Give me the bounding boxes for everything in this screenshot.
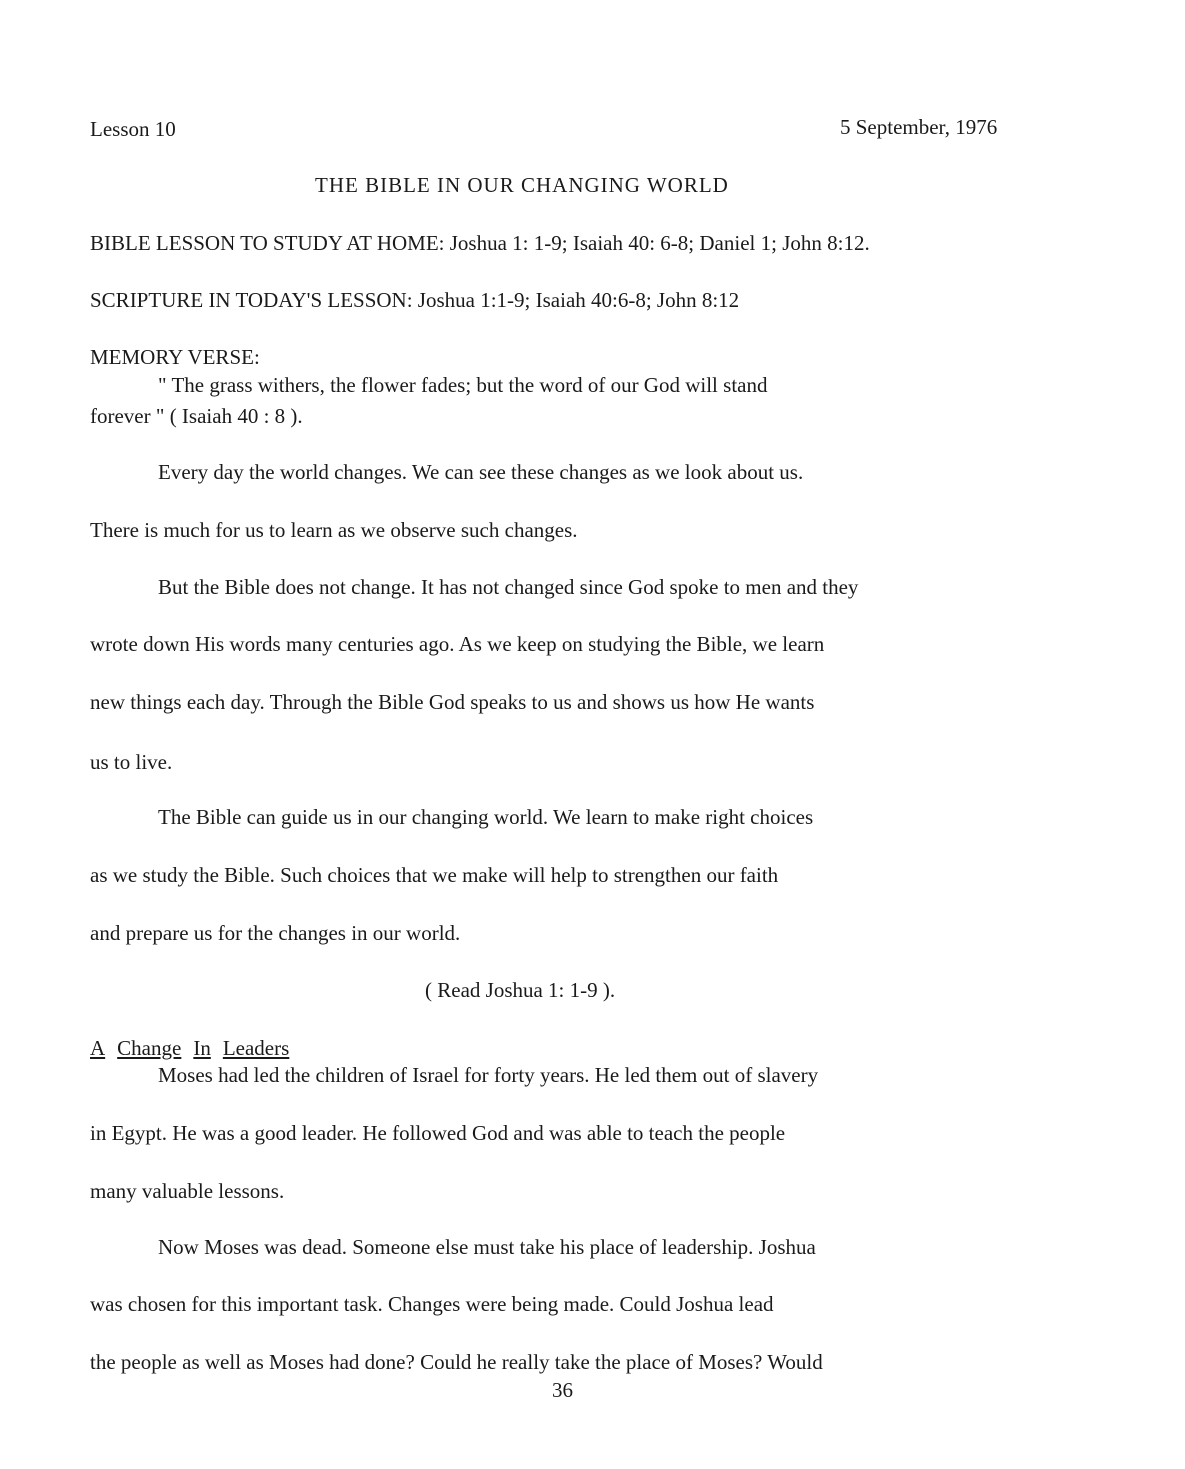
- read-reference: ( Read Joshua 1: 1-9 ).: [425, 978, 615, 1003]
- page-number: 36: [552, 1378, 573, 1403]
- section-heading: AChangeInLeaders: [90, 1036, 301, 1061]
- memory-verse-label: MEMORY VERSE:: [90, 345, 260, 370]
- paragraph-line: us to live.: [90, 750, 172, 775]
- paragraph-line: new things each day. Through the Bible G…: [90, 690, 814, 715]
- study-at-home: BIBLE LESSON TO STUDY AT HOME: Joshua 1:…: [90, 231, 870, 256]
- lesson-title: THE BIBLE IN OUR CHANGING WORLD: [315, 173, 729, 198]
- memory-verse-line: " The grass withers, the flower fades; b…: [158, 373, 767, 398]
- heading-word: A: [90, 1036, 105, 1060]
- lesson-date: 5 September, 1976: [840, 115, 997, 140]
- paragraph-line: The Bible can guide us in our changing w…: [158, 805, 813, 830]
- memory-verse-line: forever " ( Isaiah 40 : 8 ).: [90, 404, 303, 429]
- scripture-today: SCRIPTURE IN TODAY'S LESSON: Joshua 1:1-…: [90, 288, 739, 313]
- paragraph-line: But the Bible does not change. It has no…: [158, 575, 858, 600]
- paragraph-line: the people as well as Moses had done? Co…: [90, 1350, 823, 1375]
- paragraph-line: as we study the Bible. Such choices that…: [90, 863, 778, 888]
- paragraph-line: Every day the world changes. We can see …: [158, 460, 803, 485]
- lesson-number: Lesson 10: [90, 117, 176, 142]
- heading-word: Leaders: [223, 1036, 289, 1060]
- paragraph-line: wrote down His words many centuries ago.…: [90, 632, 824, 657]
- paragraph-line: Now Moses was dead. Someone else must ta…: [158, 1235, 816, 1260]
- paragraph-line: There is much for us to learn as we obse…: [90, 518, 578, 543]
- paragraph-line: and prepare us for the changes in our wo…: [90, 921, 460, 946]
- heading-word: In: [193, 1036, 211, 1060]
- paragraph-line: was chosen for this important task. Chan…: [90, 1292, 774, 1317]
- paragraph-line: Moses had led the children of Israel for…: [158, 1063, 818, 1088]
- paragraph-line: in Egypt. He was a good leader. He follo…: [90, 1121, 785, 1146]
- heading-word: Change: [117, 1036, 181, 1060]
- paragraph-line: many valuable lessons.: [90, 1179, 284, 1204]
